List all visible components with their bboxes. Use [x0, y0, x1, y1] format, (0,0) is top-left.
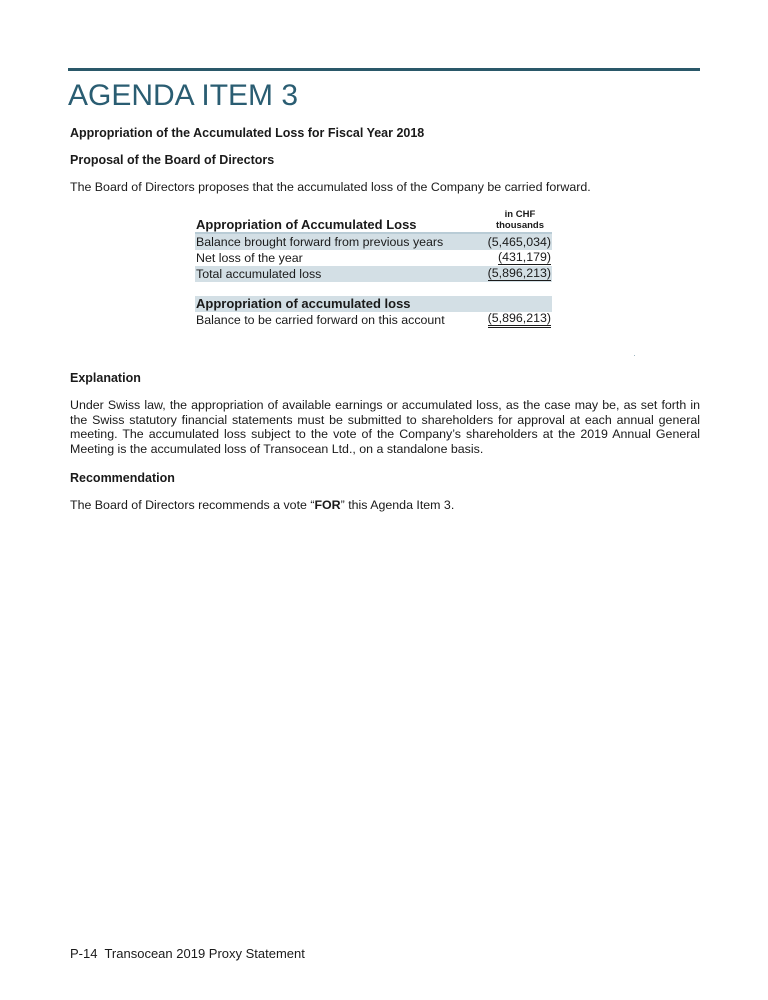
row-label: Total accumulated loss	[196, 266, 321, 282]
page-title: AGENDA ITEM 3	[68, 78, 298, 114]
recommendation-text-after: ” this Agenda Item 3.	[341, 498, 455, 512]
proposal-heading: Proposal of the Board of Directors	[70, 152, 274, 168]
table-header: Appropriation of Accumulated Loss in CHF…	[195, 208, 552, 234]
page-footer: P-14 Transocean 2019 Proxy Statement	[70, 946, 305, 962]
row-value: (5,465,034)	[488, 234, 551, 250]
unit-line-2: thousands	[496, 220, 544, 231]
table-spacer	[195, 282, 552, 296]
row-value: (5,896,213)	[488, 266, 551, 281]
explanation-heading: Explanation	[70, 370, 141, 386]
proposal-text: The Board of Directors proposes that the…	[70, 180, 700, 195]
header-rule	[68, 68, 700, 71]
recommendation-text: The Board of Directors recommends a vote…	[70, 498, 700, 513]
page-number: P-14	[70, 946, 97, 961]
table-row: Balance brought forward from previous ye…	[195, 234, 552, 250]
recommendation-heading: Recommendation	[70, 470, 175, 486]
artifact-dot	[634, 355, 635, 356]
recommendation-vote: FOR	[314, 498, 340, 512]
table-unit-label: in CHF thousands	[496, 209, 544, 231]
table-heading: Appropriation of Accumulated Loss	[196, 217, 417, 232]
recommendation-text-before: The Board of Directors recommends a vote…	[70, 498, 314, 512]
appropriation-table: Appropriation of Accumulated Loss in CHF…	[195, 208, 552, 328]
table-section-heading: Appropriation of accumulated loss	[195, 296, 552, 312]
section-subtitle: Appropriation of the Accumulated Loss fo…	[70, 125, 424, 141]
unit-line-1: in CHF	[505, 209, 536, 220]
row-value: (5,896,213)	[488, 312, 551, 328]
row-label: Balance brought forward from previous ye…	[196, 234, 443, 250]
table-row-carried-forward: Balance to be carried forward on this ac…	[195, 312, 552, 328]
explanation-text: Under Swiss law, the appropriation of av…	[70, 398, 700, 456]
row-label: Net loss of the year	[196, 250, 303, 266]
section2-heading: Appropriation of accumulated loss	[196, 296, 411, 312]
table-row: Net loss of the year (431,179)	[195, 250, 552, 266]
document-title: Transocean 2019 Proxy Statement	[104, 946, 304, 961]
row-label: Balance to be carried forward on this ac…	[196, 312, 445, 328]
row-value: (431,179)	[498, 250, 551, 265]
table-row-total: Total accumulated loss (5,896,213)	[195, 266, 552, 282]
